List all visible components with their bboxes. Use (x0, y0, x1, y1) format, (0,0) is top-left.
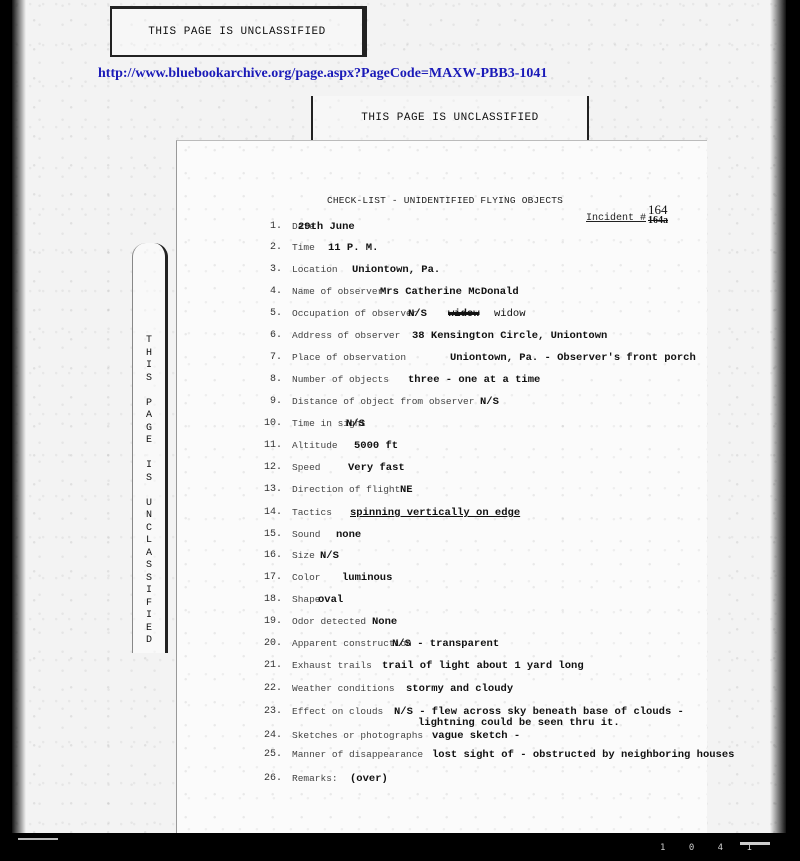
item-value: Mrs Catherine McDonald (380, 286, 519, 298)
item-value: oval (318, 594, 343, 606)
item-value: N/S (346, 418, 365, 430)
frame-number: 1 0 4 1 (660, 843, 761, 853)
item-number: 26. (264, 773, 284, 784)
item-number: 25. (264, 749, 284, 760)
item-value: spinning vertically on edge (350, 507, 520, 519)
vertical-stamp-letter: L (146, 535, 152, 548)
film-mark (18, 838, 58, 840)
item-value: stormy and cloudy (406, 683, 513, 695)
incident-label: Incident # (586, 213, 646, 224)
item-number: 9. (270, 396, 290, 407)
vertical-stamp-letter: A (146, 410, 152, 423)
item-number: 23. (264, 706, 284, 717)
item-label: Remarks: (292, 773, 338, 784)
item-number: 7. (270, 352, 290, 363)
item-number: 20. (264, 638, 284, 649)
item-label: Place of observation (292, 352, 406, 363)
item-label: Color (292, 572, 321, 583)
item-number: 12. (264, 462, 284, 473)
item-label: Exhaust trails (292, 660, 372, 671)
item-number: 14. (264, 507, 284, 518)
stamp-text: THIS PAGE IS UNCLASSIFIED (361, 112, 539, 124)
vertical-stamp-text: THISPAGEISUNCLASSIFIED (133, 335, 165, 648)
item-number: 3. (270, 264, 290, 275)
item-number: 19. (264, 616, 284, 627)
item-label: Address of observer (292, 330, 400, 341)
item-value: 11 P. M. (328, 242, 378, 254)
item-value: trail of light about 1 yard long (382, 660, 584, 672)
item-value: 38 Kensington Circle, Uniontown (412, 330, 607, 342)
item-value: vague sketch - (432, 730, 520, 742)
vertical-stamp-letter: I (146, 460, 152, 473)
vertical-stamp-letter: T (146, 335, 152, 348)
item-value: 5000 ft (354, 440, 398, 452)
item-value: Very fast (348, 462, 405, 474)
item-label: Time (292, 242, 315, 253)
vertical-stamp-letter: U (146, 498, 152, 511)
item-value: N/S (320, 550, 339, 562)
item-value: N/S (408, 308, 427, 320)
item-label: Name of observer (292, 286, 383, 297)
vertical-stamp-letter: S (146, 473, 152, 486)
incident-number-struck: 164a (648, 215, 668, 226)
item-value-correction: widow (494, 308, 526, 320)
item-label: Speed (292, 462, 321, 473)
item-label: Shape (292, 594, 321, 605)
item-number: 6. (270, 330, 290, 341)
item-value: three - one at a time (408, 374, 540, 386)
archive-link[interactable]: http://www.bluebookarchive.org/page.aspx… (98, 66, 547, 82)
item-number: 11. (264, 440, 284, 451)
item-number: 18. (264, 594, 284, 605)
item-value: N/S - transparent (392, 638, 499, 650)
item-value-continued: lightning could be seen thru it. (418, 717, 620, 729)
item-label: Weather conditions (292, 683, 395, 694)
vertical-stamp-letter: E (146, 623, 152, 636)
vertical-stamp-letter: G (146, 423, 152, 436)
item-value: N/S (480, 396, 499, 408)
item-number: 17. (264, 572, 284, 583)
item-label: Odor detected (292, 616, 366, 627)
item-value: Uniontown, Pa. (352, 264, 440, 276)
stamp-text: THIS PAGE IS UNCLASSIFIED (148, 26, 326, 38)
vertical-stamp-letter: H (146, 348, 152, 361)
vertical-stamp-letter: S (146, 373, 152, 386)
vertical-stamp-letter: I (146, 585, 152, 598)
vertical-stamp-letter: C (146, 523, 152, 536)
vertical-stamp-letter: F (146, 598, 152, 611)
item-number: 21. (264, 660, 284, 671)
item-value: 29th June (298, 221, 355, 233)
item-number: 1. (270, 221, 290, 232)
vertical-stamp-letter: S (146, 560, 152, 573)
item-value: NE (400, 484, 413, 496)
vertical-stamp-letter: I (146, 360, 152, 373)
vertical-stamp-letter: A (146, 548, 152, 561)
item-number: 8. (270, 374, 290, 385)
item-label: Manner of disappearance (292, 749, 423, 760)
item-label: Altitude (292, 440, 338, 451)
unclassified-stamp-top-left: THIS PAGE IS UNCLASSIFIED (110, 6, 367, 57)
item-value: lost sight of - obstructed by neighborin… (432, 749, 734, 761)
vertical-stamp-letter: D (146, 635, 152, 648)
item-value: luminous (342, 572, 392, 584)
item-label: Size (292, 550, 315, 561)
item-label: Distance of object from observer (292, 396, 474, 407)
item-label: Occupation of observer (292, 308, 417, 319)
vertical-stamp-letter: N (146, 510, 152, 523)
item-number: 10. (264, 418, 284, 429)
item-number: 2. (270, 242, 290, 253)
item-label: Location (292, 264, 338, 275)
vertical-stamp-letter: S (146, 573, 152, 586)
item-label: Sound (292, 529, 321, 540)
item-label: Number of objects (292, 374, 389, 385)
item-label: Sketches or photographs (292, 730, 423, 741)
vertical-stamp-letter: I (146, 610, 152, 623)
item-label: Effect on clouds (292, 706, 383, 717)
unclassified-stamp-vertical: THISPAGEISUNCLASSIFIED (132, 243, 168, 653)
item-value: (over) (350, 773, 388, 785)
incident-number: 164 164a (648, 204, 668, 226)
vertical-stamp-letter: P (146, 398, 152, 411)
item-number: 15. (264, 529, 284, 540)
item-value-struck: widow (448, 308, 480, 320)
item-label: Tactics (292, 507, 332, 518)
item-number: 16. (264, 550, 284, 561)
item-number: 5. (270, 308, 290, 319)
item-number: 24. (264, 730, 284, 741)
item-value: none (336, 529, 361, 541)
item-label: Direction of flight (292, 484, 400, 495)
item-number: 13. (264, 484, 284, 495)
item-value: None (372, 616, 397, 628)
item-number: 22. (264, 683, 284, 694)
unclassified-stamp-top-center: THIS PAGE IS UNCLASSIFIED (311, 96, 589, 143)
item-value: Uniontown, Pa. - Observer's front porch (450, 352, 696, 364)
form-title: CHECK-LIST - UNIDENTIFIED FLYING OBJECTS (327, 195, 563, 206)
item-number: 4. (270, 286, 290, 297)
vertical-stamp-letter: E (146, 435, 152, 448)
